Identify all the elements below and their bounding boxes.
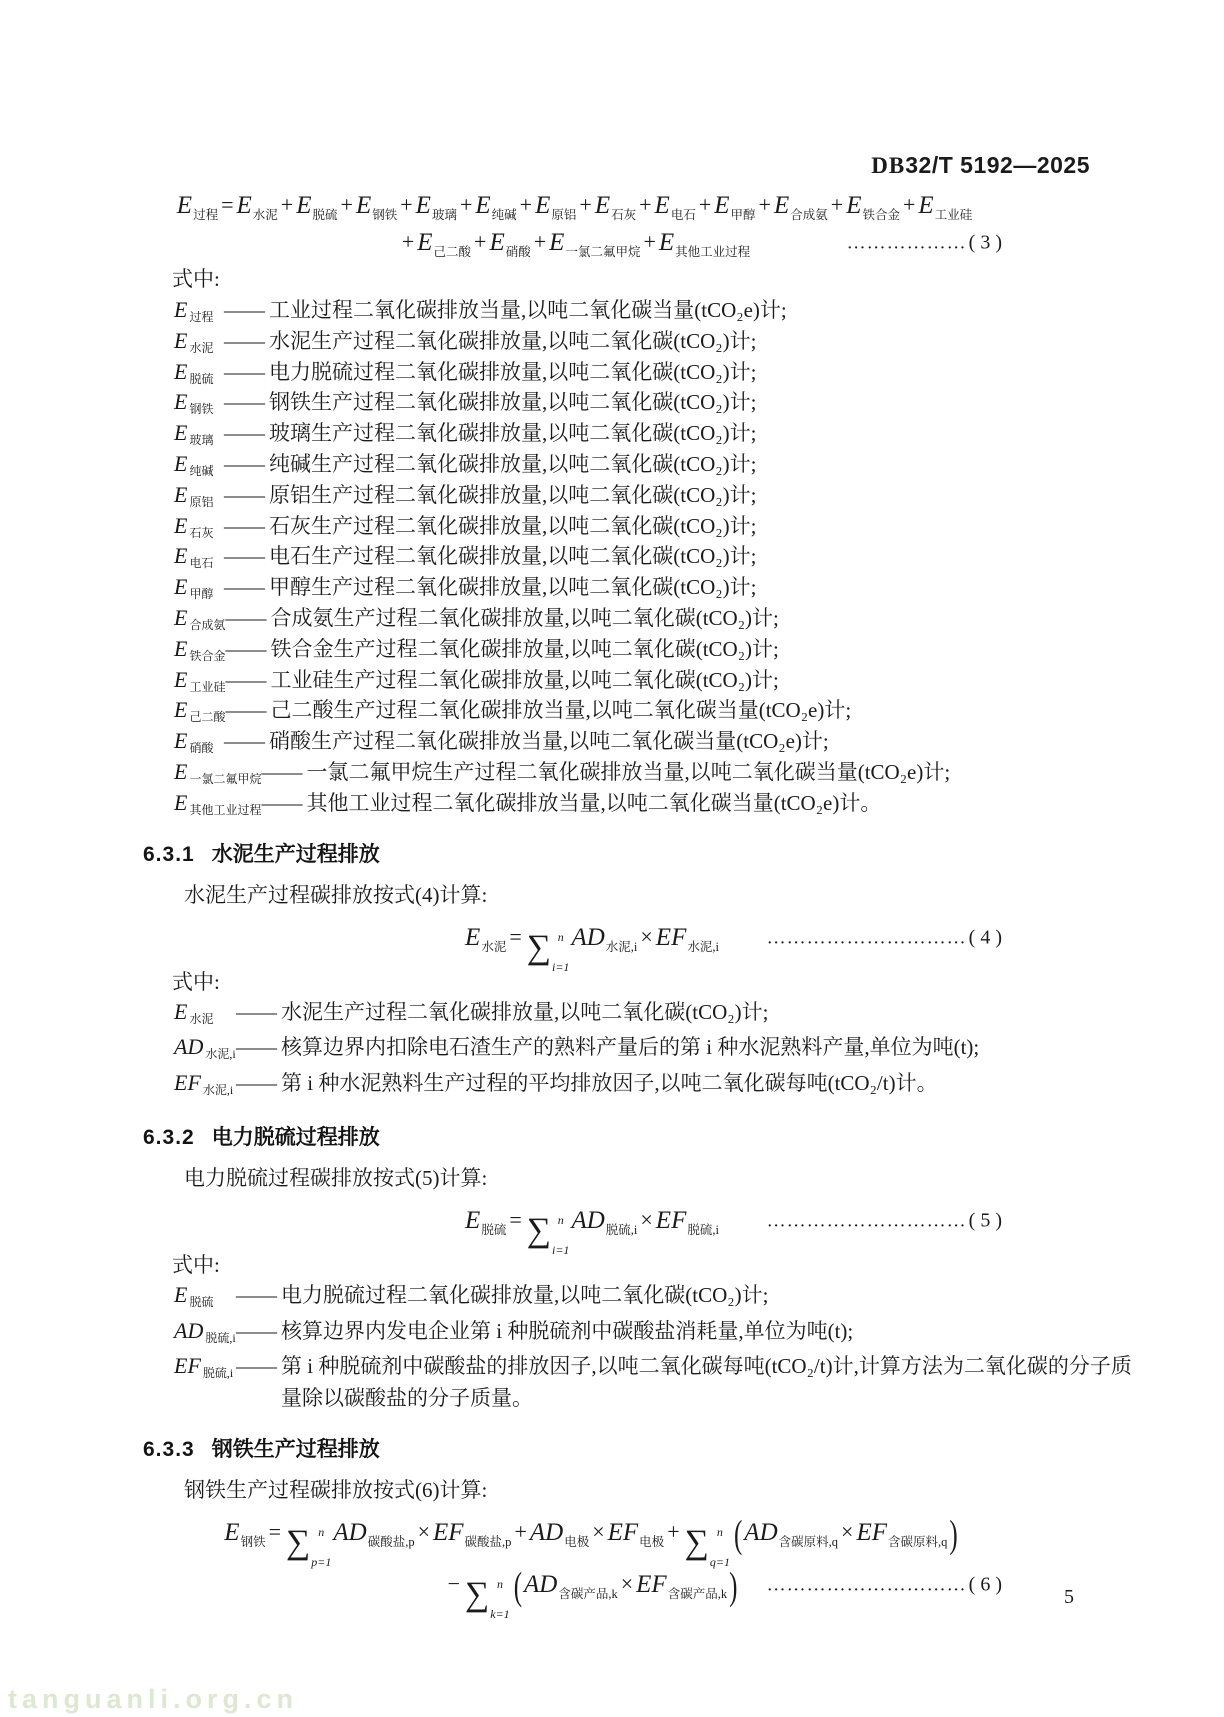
variable-subscript: 石灰 [611,208,636,222]
variable-symbol: E [659,229,674,256]
definition-dash: —— [224,357,264,388]
definition-dash: —— [224,295,264,326]
section-intro-text: 钢铁生产过程碳排放按式(6)计算: [184,1476,1224,1505]
definition-row: E过程——工业过程二氧化碳排放当量,以吨二氧化碳当量(tCO₂e)计; [174,295,1144,326]
variable-symbol: E [296,192,311,219]
definition-dash: —— [224,480,264,511]
definition-row: E铁合金——铁合金生产过程二氧化碳排放量,以吨二氧化碳(tCO₂)计; [174,634,1144,665]
definition-text: 合成氨生产过程二氧化碳排放量,以吨二氧化碳(tCO₂)计; [270,603,1144,634]
sum-lower-limit: i=1 [552,1244,569,1256]
definition-row: AD水泥,i——核算边界内扣除电石渣生产的熟料产量后的第 i 种水泥熟料产量,单… [174,1031,1139,1067]
operator: + [474,229,486,254]
dot-leader: ………………………… [767,1211,967,1232]
formula-variable: AD电极 [530,1527,589,1544]
section-number: 6.3.2 [143,1126,195,1149]
definition-text: 铁合金生产过程二氧化碳排放量,以吨二氧化碳(tCO₂)计; [270,634,1144,665]
variable-subscript: 过程 [193,208,218,222]
definition-dash: —— [224,418,264,449]
formula-variable: E其他工业过程 [659,237,750,254]
variable-subscript: 硝酸 [506,245,531,259]
variable-symbol: AD [571,1207,604,1234]
symbol: E [174,480,187,511]
definition-row: E硝酸——硝酸生产过程二氧化碳排放当量,以吨二氧化碳当量(tCO₂e)计; [174,726,1144,757]
where-label: 式中: [172,265,1224,293]
sum-upper-limit: n [311,1526,331,1538]
definition-list: E脱硫——电力脱硫过程二氧化碳排放量,以吨二氧化碳(tCO₂)计;AD脱硫,i—… [174,1279,1139,1414]
symbol-subscript: 原铝 [189,487,213,518]
variable-subscript: 脱硫,i [606,1223,638,1237]
definition-text: 第 i 种脱硫剂中碳酸盐的排放因子,以吨二氧化碳每吨(tCO₂/t)计,计算方法… [281,1351,1139,1414]
definition-row: E纯碱——纯碱生产过程二氧化碳排放量,以吨二氧化碳(tCO₂)计; [174,449,1144,480]
operator: × [841,1519,853,1544]
variable-symbol: E [846,192,861,219]
formula-variable: E纯碱 [475,200,516,217]
sum-limits: nk=1 [490,1576,509,1622]
symbol-subscript: 其他工业过程 [189,795,261,826]
formula-expression: E脱硫=∑ni=1AD脱硫,i×EF脱硫,i [465,1195,719,1258]
formula-expression: E过程=E水泥+E脱硫+E钢铁+E玻璃+E纯碱+E原铝+E石灰+E电石+E甲醇+… [177,187,972,228]
formula-variable: E过程 [177,200,218,217]
variable-symbol: E [489,229,504,256]
sum-lower-limit: i=1 [552,961,569,973]
symbol: E [174,665,187,696]
variable-subscript: 脱硫 [313,208,338,222]
variable-symbol: E [595,192,610,219]
symbol-subscript: 玻璃 [189,425,213,456]
variable-subscript: 铁合金 [862,208,900,222]
formula-expression: −∑nk=1(AD含碳产品,k×EF含碳产品,k) [445,1559,740,1622]
variable-symbol: E [475,192,490,219]
formula-3-block: E过程=E水泥+E脱硫+E钢铁+E玻璃+E纯碱+E原铝+E石灰+E电石+E甲醇+… [0,187,1224,261]
sum-lower-limit: k=1 [490,1608,509,1620]
symbol-term: AD水泥,i [174,1031,236,1067]
formula-expression: +E己二酸+E硝酸+E一氯二氟甲烷+E其他工业过程 [399,224,750,265]
definition-dash: —— [224,326,264,357]
operator: + [903,192,915,217]
variable-subscript: 碳酸盐,p [465,1535,512,1549]
formula-variable: EF水泥,i [656,932,719,949]
variable-subscript: 水泥,i [606,940,638,954]
sum-upper-limit: n [552,931,569,943]
section-title: 水泥生产过程排放 [212,843,380,866]
formula-variable: E合成氨 [774,200,828,217]
dot-leader: ………………………… [767,927,967,948]
section-title: 钢铁生产过程排放 [212,1438,380,1461]
variable-subscript: 电石 [671,208,696,222]
symbol-subscript: 脱硫,i [203,1358,233,1390]
variable-symbol: E [535,192,550,219]
variable-subscript: 钢铁 [372,208,397,222]
symbol-subscript: 石灰 [189,518,213,549]
variable-symbol: EF [856,1519,887,1546]
variable-subscript: 碳酸盐,p [368,1535,415,1549]
operator: + [534,229,546,254]
formula-variable: EF碳酸盐,p [433,1527,511,1544]
definition-text: 第 i 种水泥熟料生产过程的平均排放因子,以吨二氧化碳每吨(tCO₂/t)计。 [281,1068,1139,1100]
sum-upper-limit: n [552,1214,569,1226]
operator: + [402,229,414,254]
definition-dash: —— [224,387,264,418]
symbol-subscript: 电石 [189,548,213,579]
formula-variable: EF电极 [608,1527,665,1544]
definition-row: AD脱硫,i——核算边界内发电企业第 i 种脱硫剂中碳酸盐消耗量,单位为吨(t)… [174,1315,1139,1351]
definition-text: 硝酸生产过程二氧化碳排放当量,以吨二氧化碳当量(tCO₂e)计; [269,726,1144,757]
definition-text: 电石生产过程二氧化碳排放量,以吨二氧化碳(tCO₂)计; [269,541,1144,572]
doc-code-header: DB32/T 5192—2025 [0,0,1224,181]
formula-variable: E石灰 [595,200,636,217]
symbol: AD [174,1031,203,1063]
definition-dash: —— [236,1316,276,1348]
section-heading: 6.3.1水泥生产过程排放 [143,840,1224,869]
symbol: E [174,1279,187,1311]
definition-text: 水泥生产过程二氧化碳排放量,以吨二氧化碳(tCO₂)计; [269,326,1144,357]
symbol-subscript: 一氯二氟甲烷 [189,764,261,795]
formula-variable: E玻璃 [416,200,457,217]
variable-symbol: E [549,229,564,256]
formula-variable: E钢铁 [356,200,397,217]
variable-symbol: EF [656,1207,687,1234]
definition-dash: —— [224,541,264,572]
symbol: E [174,295,187,326]
section-formula: E水泥=∑ni=1AD水泥,i×EF水泥,i…………………………( 4 ) [0,912,1224,964]
equation-number: ( 5 ) [969,1210,1002,1232]
operator: = [221,192,233,217]
symbol-subscript: 水泥 [189,1004,213,1036]
variable-subscript: 脱硫,i [687,1223,719,1237]
formula-line: −∑nk=1(AD含碳产品,k×EF含碳产品,k)…………………………( 6 ) [0,1559,1224,1611]
formula-variable: E水泥 [465,932,506,949]
formula-variable: E钢铁 [224,1527,265,1544]
symbol-subscript: 水泥,i [205,1039,235,1071]
symbol: EF [174,1350,201,1382]
definition-row: E脱硫——电力脱硫过程二氧化碳排放量,以吨二氧化碳(tCO₂)计; [174,357,1144,388]
doc-code-prefix: DB [871,153,905,178]
variable-subscript: 水泥,i [687,940,719,954]
section-number: 6.3.1 [143,843,195,866]
variable-subscript: 脱硫 [481,1223,506,1237]
summation-sign: ∑ni=1 [527,929,570,975]
variable-symbol: E [465,1207,480,1234]
sum-upper-limit: n [490,1578,509,1590]
definition-text: 工业硅生产过程二氧化碳排放量,以吨二氧化碳(tCO₂)计; [270,665,1144,696]
definition-dash: —— [236,1280,276,1312]
symbol: E [174,695,187,726]
definition-dash: —— [224,449,264,480]
symbol-subscript: 钢铁 [189,394,213,425]
definition-text: 核算边界内发电企业第 i 种脱硫剂中碳酸盐消耗量,单位为吨(t); [281,1316,1139,1348]
variable-symbol: AD [333,1519,366,1546]
equation-number: ( 4 ) [969,926,1002,948]
operator: + [639,192,651,217]
section-heading: 6.3.2电力脱硫过程排放 [143,1123,1224,1152]
symbol-term: E过程 [174,295,224,329]
variable-symbol: E [918,192,933,219]
symbol: E [174,449,187,480]
variable-subscript: 含碳产品,k [558,1587,617,1601]
symbol: E [174,996,187,1028]
variable-symbol: EF [608,1519,639,1546]
definition-row: E石灰——石灰生产过程二氧化碳排放量,以吨二氧化碳(tCO₂)计; [174,511,1144,542]
symbol-subscript: 硝酸 [189,733,213,764]
symbol-term: E一氯二氟甲烷 [174,757,261,791]
definition-row: E玻璃——玻璃生产过程二氧化碳排放量,以吨二氧化碳(tCO₂)计; [174,418,1144,449]
watermark: tanguanli.org.cn [8,1684,298,1715]
operator: × [592,1519,604,1544]
definition-dash: —— [236,997,276,1029]
operator: + [667,1519,679,1544]
formula-variable: E水泥 [237,200,278,217]
definition-text: 电力脱硫过程二氧化碳排放量,以吨二氧化碳(tCO₂)计; [281,1280,1139,1312]
variable-subscript: 玻璃 [432,208,457,222]
formula-number: …………………………( 6 ) [767,1559,1002,1612]
definition-dash: —— [225,695,265,726]
variable-subscript: 水泥 [481,940,506,954]
definition-dash: —— [236,1068,276,1100]
variable-subscript: 己二酸 [434,245,472,259]
symbol: AD [174,1315,203,1347]
dot-leader: ………………………… [767,1575,967,1596]
formula-line: +E己二酸+E硝酸+E一氯二氟甲烷+E其他工业过程………………( 3 ) [0,224,1224,261]
variable-subscript: 一氯二氟甲烷 [565,245,640,259]
operator: + [520,192,532,217]
operator: + [831,192,843,217]
sigma-icon: ∑ [465,1576,489,1622]
formula-variable: EF脱硫,i [656,1215,719,1232]
variable-symbol: E [416,192,431,219]
variable-symbol: E [714,192,729,219]
formula-variable: E原铝 [535,200,576,217]
page-number: 5 [1064,1586,1074,1609]
formula-variable: E一氯二氟甲烷 [549,237,640,254]
section-formula: E钢铁=∑np=1AD碳酸盐,p×EF碳酸盐,p+AD电极×EF电极+∑nq=1… [0,1507,1224,1611]
definition-row: E合成氨——合成氨生产过程二氧化碳排放量,以吨二氧化碳(tCO₂)计; [174,603,1144,634]
formula-variable: E甲醇 [714,200,755,217]
symbol-definition-list: E过程——工业过程二氧化碳排放当量,以吨二氧化碳当量(tCO₂e)计;E水泥——… [174,295,1144,819]
document-page: DB32/T 5192—2025 E过程=E水泥+E脱硫+E钢铁+E玻璃+E纯碱… [0,0,1224,1717]
symbol-subscript: 过程 [189,302,213,333]
formula-variable: E脱硫 [296,200,337,217]
symbol: E [174,634,187,665]
variable-subscript: 含碳原料,q [779,1535,838,1549]
symbol: E [174,418,187,449]
symbol: E [174,726,187,757]
formula-variable: E工业硅 [918,200,972,217]
variable-symbol: AD [530,1519,563,1546]
dot-leader: ……………… [847,232,967,253]
variable-subscript: 含碳原料,q [888,1535,947,1549]
formula-line: E过程=E水泥+E脱硫+E钢铁+E玻璃+E纯碱+E原铝+E石灰+E电石+E甲醇+… [0,187,1224,224]
variable-subscript: 甲醇 [731,208,756,222]
variable-symbol: E [224,1519,239,1546]
variable-subscript: 其他工业过程 [675,245,750,259]
sum-limits: ni=1 [552,1212,569,1258]
symbol-subscript: 水泥 [189,333,213,364]
variable-symbol: AD [744,1519,777,1546]
variable-symbol: AD [524,1571,557,1598]
formula-line: E水泥=∑ni=1AD水泥,i×EF水泥,i…………………………( 4 ) [0,912,1224,964]
variable-subscript: 水泥 [253,208,278,222]
formula-variable: E己二酸 [417,237,471,254]
doc-code-number: 32/T 5192—2025 [905,152,1090,178]
operator: = [509,1207,521,1232]
symbol-term: E水泥 [174,996,236,1032]
symbol-subscript: 脱硫 [189,1287,213,1319]
definition-text: 石灰生产过程二氧化碳排放量,以吨二氧化碳(tCO₂)计; [269,511,1144,542]
symbol-subscript: 甲醇 [189,579,213,610]
operator: + [281,192,293,217]
symbol-term: EF水泥,i [174,1067,236,1103]
operator: + [699,192,711,217]
symbol: E [174,603,187,634]
definition-row: E水泥——水泥生产过程二氧化碳排放量,以吨二氧化碳(tCO₂)计; [174,326,1144,357]
symbol-subscript: 水泥,i [203,1075,233,1107]
definition-row: E电石——电石生产过程二氧化碳排放量,以吨二氧化碳(tCO₂)计; [174,541,1144,572]
definition-text: 己二酸生产过程二氧化碳排放当量,以吨二氧化碳当量(tCO₂e)计; [270,695,1144,726]
definition-row: E原铝——原铝生产过程二氧化碳排放量,以吨二氧化碳(tCO₂)计; [174,480,1144,511]
definition-dash: —— [261,757,301,788]
symbol: E [174,357,187,388]
variable-subscript: 电极 [639,1535,664,1549]
symbol-subscript: 工业硅 [189,672,225,703]
definition-row: E其他工业过程——其他工业过程二氧化碳排放当量,以吨二氧化碳当量(tCO₂e)计… [174,788,1144,819]
parenthesis: ) [729,1548,737,1629]
formula-number: …………………………( 4 ) [767,911,1002,964]
formula-variable: E硝酸 [489,237,530,254]
variable-symbol: E [417,229,432,256]
definition-text: 纯碱生产过程二氧化碳排放量,以吨二氧化碳(tCO₂)计; [269,449,1144,480]
operator: × [418,1519,430,1544]
formula-number: ………………( 3 ) [847,224,1002,261]
sum-limits: ni=1 [552,929,569,975]
summation-sign: ∑nk=1 [465,1576,510,1622]
variable-subscript: 含碳产品,k [668,1587,727,1601]
symbol-term: EF脱硫,i [174,1350,236,1386]
definition-dash: —— [225,634,265,665]
section-number: 6.3.3 [143,1438,195,1461]
definition-text: 玻璃生产过程二氧化碳排放量,以吨二氧化碳(tCO₂)计; [269,418,1144,449]
definition-text: 一氯二氟甲烷生产过程二氧化碳排放当量,以吨二氧化碳当量(tCO₂e)计; [306,757,1144,788]
definition-dash: —— [225,603,265,634]
definition-row: E工业硅——工业硅生产过程二氧化碳排放量,以吨二氧化碳(tCO₂)计; [174,665,1144,696]
operator: − [448,1571,460,1596]
operator: + [579,192,591,217]
symbol-subscript: 脱硫,i [205,1323,235,1355]
symbol-subscript: 合成氨 [189,610,225,641]
variable-symbol: EF [433,1519,464,1546]
formula-variable: E铁合金 [846,200,900,217]
section-heading: 6.3.3钢铁生产过程排放 [143,1435,1224,1464]
summation-sign: ∑ni=1 [527,1212,570,1258]
variable-subscript: 合成氨 [790,208,828,222]
definition-text: 电力脱硫过程二氧化碳排放量,以吨二氧化碳(tCO₂)计; [269,357,1144,388]
operator: + [460,192,472,217]
sum-upper-limit: n [710,1526,730,1538]
definition-row: EF脱硫,i——第 i 种脱硫剂中碳酸盐的排放因子,以吨二氧化碳每吨(tCO₂/… [174,1350,1139,1414]
symbol: E [174,511,187,542]
symbol: E [174,326,187,357]
definition-text: 其他工业过程二氧化碳排放当量,以吨二氧化碳当量(tCO₂e)计。 [306,788,1144,819]
sigma-icon: ∑ [527,1212,551,1258]
operator: + [341,192,353,217]
formula-variable: E脱硫 [465,1215,506,1232]
variable-subscript: 原铝 [551,208,576,222]
operator: = [269,1519,281,1544]
equation-number: ( 3 ) [969,231,1002,253]
formula-variable: E电石 [655,200,696,217]
symbol-subscript: 己二酸 [189,702,225,733]
definition-row: E钢铁——钢铁生产过程二氧化碳排放量,以吨二氧化碳(tCO₂)计; [174,387,1144,418]
operator: + [400,192,412,217]
symbol-term: E脱硫 [174,1279,236,1315]
symbol-term: AD脱硫,i [174,1315,236,1351]
definition-row: E甲醇——甲醇生产过程二氧化碳排放量,以吨二氧化碳(tCO₂)计; [174,572,1144,603]
definition-dash: —— [236,1351,276,1383]
definition-text: 水泥生产过程二氧化碳排放量,以吨二氧化碳(tCO₂)计; [281,997,1139,1029]
sections-container: 6.3.1水泥生产过程排放水泥生产过程碳排放按式(4)计算:E水泥=∑ni=1A… [0,840,1224,1612]
operator: + [643,229,655,254]
definition-dash: —— [225,665,265,696]
formula-variable: AD水泥,i [571,932,637,949]
symbol-subscript: 铁合金 [189,641,225,672]
definition-dash: —— [224,726,264,757]
symbol-subscript: 纯碱 [189,456,213,487]
operator: × [621,1571,633,1596]
definition-text: 核算边界内扣除电石渣生产的熟料产量后的第 i 种水泥熟料产量,单位为吨(t); [281,1032,1139,1064]
equation-number: ( 6 ) [969,1574,1002,1596]
definition-list: E水泥——水泥生产过程二氧化碳排放量,以吨二氧化碳(tCO₂)计;AD水泥,i—… [174,996,1139,1103]
formula-number: …………………………( 5 ) [767,1195,1002,1248]
symbol: EF [174,1067,201,1099]
variable-subscript: 钢铁 [241,1535,266,1549]
symbol: E [174,541,187,572]
definition-text: 原铝生产过程二氧化碳排放量,以吨二氧化碳(tCO₂)计; [269,480,1144,511]
variable-subscript: 工业硅 [935,208,973,222]
definition-dash: —— [261,788,301,819]
symbol: E [174,757,187,788]
formula-line: E钢铁=∑np=1AD碳酸盐,p×EF碳酸盐,p+AD电极×EF电极+∑nq=1… [0,1507,1224,1559]
formula-variable: EF含碳原料,q [856,1527,947,1544]
definition-dash: —— [224,572,264,603]
operator: × [640,924,652,949]
variable-subscript: 纯碱 [492,208,517,222]
variable-symbol: E [177,192,192,219]
variable-symbol: E [774,192,789,219]
formula-variable: AD碳酸盐,p [333,1527,414,1544]
operator: + [759,192,771,217]
formula-variable: EF含碳产品,k [636,1579,727,1596]
variable-symbol: EF [656,924,687,951]
definition-row: EF水泥,i——第 i 种水泥熟料生产过程的平均排放因子,以吨二氧化碳每吨(tC… [174,1067,1139,1103]
formula-line: E脱硫=∑ni=1AD脱硫,i×EF脱硫,i…………………………( 5 ) [0,1195,1224,1247]
definition-row: E己二酸——己二酸生产过程二氧化碳排放当量,以吨二氧化碳当量(tCO₂e)计; [174,695,1144,726]
definition-row: E水泥——水泥生产过程二氧化碳排放量,以吨二氧化碳(tCO₂)计; [174,996,1139,1032]
variable-symbol: E [465,924,480,951]
variable-symbol: AD [571,924,604,951]
definition-row: E一氯二氟甲烷——一氯二氟甲烷生产过程二氧化碳排放当量,以吨二氧化碳当量(tCO… [174,757,1144,788]
formula-expression: E水泥=∑ni=1AD水泥,i×EF水泥,i [465,912,719,975]
definition-text: 钢铁生产过程二氧化碳排放量,以吨二氧化碳(tCO₂)计; [269,387,1144,418]
parenthesis: ( [514,1548,522,1629]
definition-text: 工业过程二氧化碳排放当量,以吨二氧化碳当量(tCO₂e)计; [269,295,1144,326]
definition-dash: —— [224,511,264,542]
definition-text: 甲醇生产过程二氧化碳排放量,以吨二氧化碳(tCO₂)计; [269,572,1144,603]
sigma-icon: ∑ [527,929,551,975]
section-intro-text: 水泥生产过程碳排放按式(4)计算: [184,881,1224,910]
section-title: 电力脱硫过程排放 [212,1126,380,1149]
formula-variable: AD含碳原料,q [744,1527,838,1544]
symbol: E [174,788,187,819]
symbol-subscript: 脱硫 [189,364,213,395]
